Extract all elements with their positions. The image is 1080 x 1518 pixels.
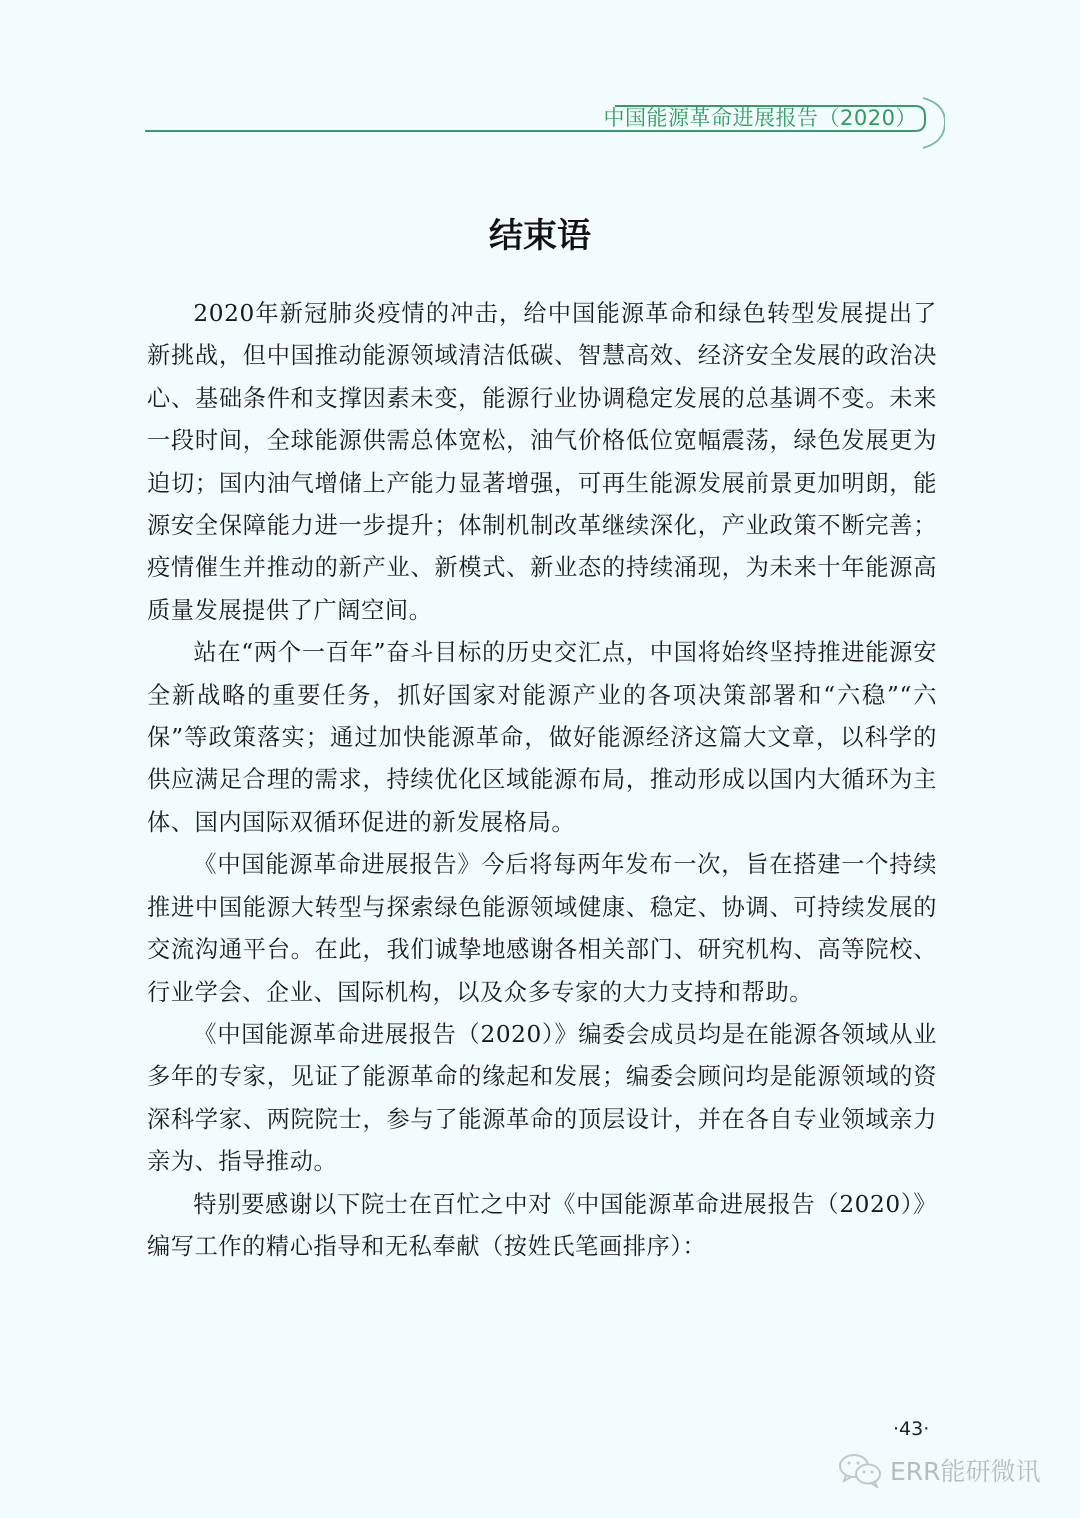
watermark-text: ERR能研微讯 — [890, 1452, 1041, 1488]
watermark: ERR能研微讯 — [838, 1450, 1041, 1490]
wechat-icon — [838, 1452, 884, 1488]
paragraph: 2020年新冠肺炎疫情的冲击，给中国能源革命和绿色转型发展提出了新挑战，但中国推… — [147, 293, 937, 632]
paragraph: 《中国能源革命进展报告》今后将每两年发布一次，旨在搭建一个持续推进中国能源大转型… — [147, 844, 937, 1014]
paragraph: 特别要感谢以下院士在百忙之中对《中国能源革命进展报告（2020）》编写工作的精心… — [147, 1184, 937, 1269]
page-number: ·43· — [893, 1418, 929, 1440]
page-title: 结束语 — [0, 208, 1080, 257]
running-header: 中国能源革命进展报告（2020） — [145, 92, 945, 150]
paragraph: 《中国能源革命进展报告（2020）》编委会成员均是在能源各领域从业多年的专家，见… — [147, 1014, 937, 1184]
running-title: 中国能源革命进展报告（2020） — [604, 102, 917, 132]
body-text: 2020年新冠肺炎疫情的冲击，给中国能源革命和绿色转型发展提出了新挑战，但中国推… — [147, 293, 937, 1268]
paragraph: 站在“两个一百年”奋斗目标的历史交汇点，中国将始终坚持推进能源安全新战略的重要任… — [147, 632, 937, 844]
